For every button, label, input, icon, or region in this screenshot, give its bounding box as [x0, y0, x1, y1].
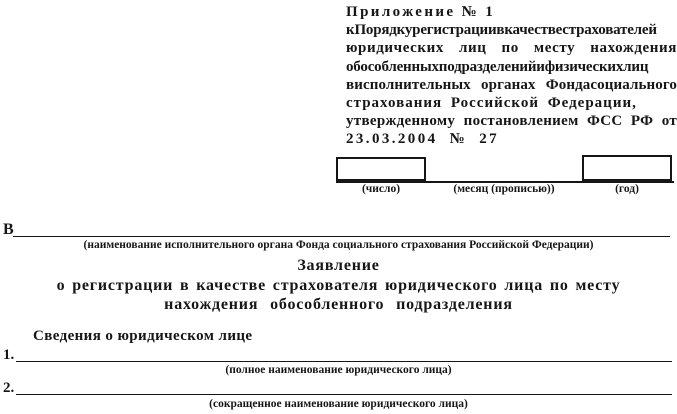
- recipient-caption: (наименование исполнительного органа Фон…: [0, 239, 677, 251]
- field-2-number: 2.: [3, 380, 14, 397]
- year-input-box[interactable]: [582, 155, 672, 181]
- day-caption: (число): [336, 183, 426, 195]
- document-title: Заявление о регистрации в качестве страх…: [0, 256, 677, 315]
- section-heading-legal-entity-info: Сведения о юридическом лице: [33, 328, 252, 345]
- short-name-caption: (сокращенное наименование юридического л…: [0, 398, 677, 410]
- title-line: о регистрации в качестве страхователя юр…: [0, 276, 677, 296]
- full-name-caption: (полное наименование юридического лица): [0, 364, 677, 376]
- title-line: Заявление: [0, 256, 677, 276]
- month-caption: (месяц (прописью)): [426, 183, 582, 195]
- recipient-input-line[interactable]: [13, 222, 670, 237]
- field-1-number: 1.: [3, 347, 14, 364]
- title-line: нахождения обособленного подразделения: [0, 295, 677, 315]
- appendix-line: обособленныхподразделенийифизическихлиц: [346, 58, 677, 76]
- appendix-reference-block: Приложение № 1 кПорядкурегистрациивкачес…: [346, 3, 677, 149]
- month-input-line[interactable]: [428, 160, 580, 181]
- appendix-line: Приложение № 1: [346, 3, 677, 21]
- full-name-input-line[interactable]: [16, 348, 672, 362]
- appendix-line: страхования Российской Федерации,: [346, 94, 677, 112]
- day-input-box[interactable]: [336, 157, 426, 181]
- fss-registration-application-form: Приложение № 1 кПорядкурегистрациивкачес…: [0, 0, 677, 414]
- year-caption: (год): [582, 183, 672, 195]
- appendix-line: 23.03.2004 № 27: [346, 130, 677, 148]
- appendix-line: утвержденному постановлением ФСС РФ от: [346, 112, 677, 130]
- appendix-line: висполнительных органах Фондасоциального: [346, 76, 677, 94]
- appendix-line: юридических лиц по месту нахождения: [346, 39, 677, 57]
- appendix-line: кПорядкурегистрациивкачествестрахователе…: [346, 21, 677, 39]
- short-name-input-line[interactable]: [16, 381, 672, 395]
